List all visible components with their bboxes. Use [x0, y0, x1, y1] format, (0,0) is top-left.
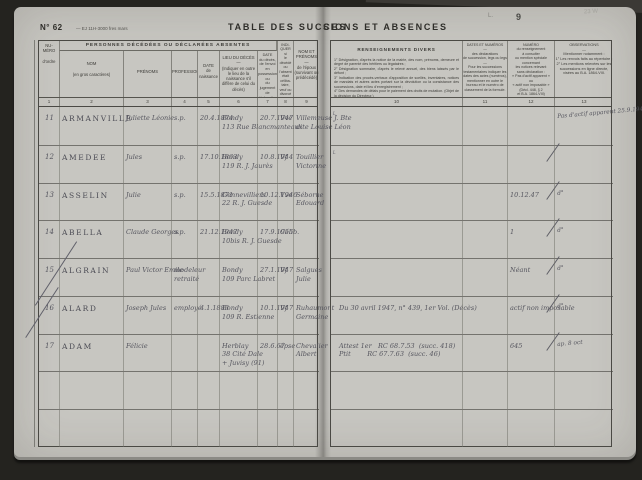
right-table-body: L Pas d'actif apparent 25.9.1947 L — [331, 107, 611, 447]
cell-date-deces: 17.9.1955 — [257, 221, 277, 258]
cell-numero — [39, 410, 59, 447]
cell-date-naissance — [197, 372, 219, 409]
col-number: 2 — [59, 98, 123, 106]
cell-etat — [277, 410, 293, 447]
cell-observations: d° — [554, 297, 613, 334]
cell-epoux: Séborne Edouard — [293, 184, 319, 221]
cell-date-deces: 10.1.1947 — [257, 297, 277, 334]
cell-renseignements: Du 30 avril 1947, n° 439, 1er Vol. (Décè… — [331, 297, 462, 334]
cell-date-deces: 27.1.1947 — [257, 259, 277, 296]
left-table-deceased-persons: PERSONNES DÉCÉDÉES OU DÉCLARÉES ABSENTES… — [38, 40, 318, 447]
cell-date-deces — [257, 410, 277, 447]
cell-numero: 17 — [39, 335, 59, 372]
cell-lieu-deces: Bondy 10bis R. J. Guesde — [219, 221, 257, 258]
col-number: 6 — [219, 98, 257, 106]
cell-prenoms: Juliette Léonie — [123, 107, 171, 145]
cell-etat: Vf — [277, 259, 293, 296]
cell-dates-declarations — [462, 221, 507, 258]
col-number: 3 — [123, 98, 171, 106]
stamp-mark: L. — [488, 13, 493, 19]
margin-rule-line — [34, 40, 35, 447]
cell-renseignements — [331, 184, 462, 221]
cell-numero-renseignement: Néant — [507, 259, 554, 296]
cell-renseignements: Attest 1er RC 68.7.53 (succ. 418) Ptit R… — [331, 335, 462, 372]
cell-date-naissance — [197, 410, 219, 447]
cell-date-deces: 28.6.67 — [257, 335, 277, 372]
form-number: N° 62 — [40, 23, 63, 32]
cell-profession: s.p. — [171, 107, 197, 145]
table-row: 1 d° — [331, 220, 613, 258]
cell-date-deces: 10.8.1944 — [257, 146, 277, 183]
table-row: 14 ABELLA Claude Georges s.p. 21.12.1947… — [39, 220, 319, 258]
cell-numero: 11 — [39, 107, 59, 145]
col-header-etat-matrimonial: INDI- QUER si le décédé ou l'absent étai… — [277, 41, 293, 97]
cell-prenoms: Julie — [123, 184, 171, 221]
table-row — [39, 371, 319, 409]
cell-nom: ALGRAIN — [59, 259, 123, 296]
cell-prenoms — [123, 410, 171, 447]
cell-profession: employé — [171, 297, 197, 334]
cell-numero-renseignement — [507, 107, 554, 145]
cell-numero-renseignement: 1 — [507, 221, 554, 258]
col-header-nom: NOM (en gros caractères) — [59, 51, 123, 97]
cell-observations: ap. 8 oct — [554, 335, 613, 372]
table-row: 11 ARMANVILLE Juliette Léonie s.p. 20.4.… — [39, 107, 319, 145]
cell-date-deces: 20.7.1947 — [257, 107, 277, 145]
margin-tick: L — [333, 150, 336, 156]
cell-etat: Célib. — [277, 221, 293, 258]
table-row: L — [331, 145, 613, 183]
cell-dates-declarations — [462, 410, 507, 447]
table-row — [331, 371, 613, 409]
cell-dates-declarations — [462, 297, 507, 334]
cell-epoux — [293, 410, 319, 447]
cell-epoux: Salgues Julie — [293, 259, 319, 296]
col-header-lieu-deces: LIEU DU DÉCÈS — (Indiquer en outre le li… — [219, 51, 257, 97]
cell-prenoms — [123, 372, 171, 409]
margin-tick: L — [333, 111, 336, 117]
table-row: 10.12.47 d° — [331, 183, 613, 221]
cell-date-naissance: 20.4.1874 — [197, 107, 219, 145]
cell-prenoms: Joseph Jules — [123, 297, 171, 334]
col-header-renseignements-title: RENSEIGNEMENTS DIVERS — [334, 47, 459, 53]
cell-renseignements — [331, 259, 462, 296]
cell-nom: ARMANVILLE — [59, 107, 123, 145]
col-number: 9 — [293, 98, 319, 106]
cell-epoux — [293, 221, 319, 258]
col-number: 11 — [462, 98, 507, 106]
cell-dates-declarations — [462, 335, 507, 372]
cell-numero-renseignement — [507, 410, 554, 447]
cell-etat: Vve — [277, 107, 293, 145]
cell-etat: épse — [277, 335, 293, 372]
right-table-renseignements: RENSEIGNEMENTS DIVERS 1° Désignation, d'… — [330, 40, 612, 447]
cell-profession — [171, 410, 197, 447]
col-number: 12 — [507, 98, 554, 106]
cell-lieu-deces: Bondy 119 R. J. Jaurès — [219, 146, 257, 183]
table-row — [39, 409, 319, 447]
cell-date-deces: 10.12.1946 — [257, 184, 277, 221]
cell-observations: d° — [554, 221, 613, 258]
cell-date-deces — [257, 372, 277, 409]
cell-renseignements — [331, 221, 462, 258]
col-header-epoux: NOM ET PRÉNOMS — de l'époux (survivant o… — [293, 41, 319, 97]
cell-numero — [39, 372, 59, 409]
cell-etat: Vve — [277, 184, 293, 221]
page-title-right: SIONS ET ABSENCES — [323, 22, 448, 32]
form-reference: — EJ 11H-3000 fres mars — [76, 26, 128, 31]
cell-date-naissance: 17.10.1863 — [197, 146, 219, 183]
cell-date-naissance: 21.12.1947 — [197, 221, 219, 258]
cell-observations — [554, 146, 613, 183]
cell-dates-declarations — [462, 184, 507, 221]
cell-date-naissance: 15.5.1871 — [197, 184, 219, 221]
cell-lieu-deces: Gennevilliers 22 R. J. Guesde — [219, 184, 257, 221]
cell-renseignements: L — [331, 146, 462, 183]
col-number: 10 — [331, 98, 462, 106]
col-header-numero: NU- MÉRO d'ordre — [39, 41, 59, 97]
col-number: 4 — [171, 98, 197, 106]
cell-profession: modeleur retraité — [171, 259, 197, 296]
group-header-persons: PERSONNES DÉCÉDÉES OU DÉCLARÉES ABSENTES — [59, 41, 277, 51]
col-number: 13 — [554, 98, 613, 106]
cell-etat: Vf — [277, 146, 293, 183]
right-table-header: RENSEIGNEMENTS DIVERS 1° Désignation, d'… — [331, 41, 611, 98]
cell-observations: d° — [554, 259, 613, 296]
table-row: 12 AMEDEE Jules s.p. 17.10.1863 Bondy 11… — [39, 145, 319, 183]
cell-dates-declarations — [462, 146, 507, 183]
cell-numero: 12 — [39, 146, 59, 183]
col-header-observations: OBSERVATIONS — Mentionner notamment : 1°… — [554, 41, 613, 97]
cell-epoux — [293, 372, 319, 409]
table-row: Néant d° — [331, 258, 613, 296]
cell-profession — [171, 335, 197, 372]
cell-dates-declarations — [462, 259, 507, 296]
col-header-dates-numeros: DATES ET NUMÉROS — des déclarations de s… — [462, 41, 507, 97]
left-column-numbers: 1 2 3 4 5 6 7 8 9 — [39, 98, 317, 107]
cell-renseignements — [331, 410, 462, 447]
col-number: 8 — [277, 98, 293, 106]
table-row: 15 ALGRAIN Paul Victor Emile modeleur re… — [39, 258, 319, 296]
col-number: 7 — [257, 98, 277, 106]
left-table-body: 11 ARMANVILLE Juliette Léonie s.p. 20.4.… — [39, 107, 317, 447]
cell-prenoms: Félicie — [123, 335, 171, 372]
table-row — [331, 409, 613, 447]
table-row: 16 ALARD Joseph Jules employé 4.1.1883 B… — [39, 296, 319, 334]
cell-lieu-deces — [219, 372, 257, 409]
col-header-profession: PROFESSION — [171, 51, 197, 97]
cell-nom — [59, 372, 123, 409]
left-table-header: PERSONNES DÉCÉDÉES OU DÉCLARÉES ABSENTES… — [39, 41, 317, 98]
cell-date-naissance — [197, 335, 219, 372]
cell-numero-renseignement: 10.12.47 — [507, 184, 554, 221]
cell-lieu-deces: Herblay 38 Cité Dale + Juvisy (91) — [219, 335, 257, 372]
col-header-numero-renseignement: NUMÉRO du renseignement à consulter ou m… — [507, 41, 554, 97]
cell-profession: s.p. — [171, 184, 197, 221]
cell-observations — [554, 372, 613, 409]
col-number: 1 — [39, 98, 59, 106]
cell-numero-renseignement — [507, 372, 554, 409]
cell-numero-renseignement — [507, 146, 554, 183]
cell-epoux: Villemeuse J. Bte dite Louise Léon — [293, 107, 319, 145]
table-row: Du 30 avril 1947, n° 439, 1er Vol. (Décè… — [331, 296, 613, 334]
cell-observations: Pas d'actif apparent 25.9.1947 — [554, 107, 613, 145]
col-header-date-naissance: DATE de naissance — [197, 51, 219, 97]
cell-nom — [59, 410, 123, 447]
cell-date-naissance: 4.1.1883 — [197, 297, 219, 334]
cell-profession: s.p. — [171, 221, 197, 258]
cell-lieu-deces: Bondy 109 Parc Labret — [219, 259, 257, 296]
col-header-prenoms: PRÉNOMS — [123, 51, 171, 97]
col-number: 5 — [197, 98, 219, 106]
cell-etat: Vf — [277, 297, 293, 334]
cell-renseignements: L — [331, 107, 462, 145]
cell-nom: ASSELIN — [59, 184, 123, 221]
cell-profession — [171, 372, 197, 409]
cell-observations: d° — [554, 184, 613, 221]
cell-prenoms: Jules — [123, 146, 171, 183]
cell-date-naissance — [197, 259, 219, 296]
cell-numero-renseignement: actif non imposable — [507, 297, 554, 334]
cell-lieu-deces: Bondy 113 Rue Blancmanteaux — [219, 107, 257, 145]
register-page: N° 62 — EJ 11H-3000 fres mars TABLE DES … — [14, 7, 636, 457]
cell-epoux: Chevalier Albert — [293, 335, 319, 372]
col-header-renseignements-body: 1° Désignation, d'après la notice de la … — [334, 58, 459, 97]
cell-renseignements — [331, 372, 462, 409]
cell-dates-declarations — [462, 372, 507, 409]
cell-numero: 13 — [39, 184, 59, 221]
cell-dates-declarations — [462, 107, 507, 145]
right-column-numbers: 10 11 12 13 — [331, 98, 611, 107]
table-row: Attest 1er RC 68.7.53 (succ. 418) Ptit R… — [331, 334, 613, 372]
cell-nom: ALARD — [59, 297, 123, 334]
cell-prenoms: Paul Victor Emile — [123, 259, 171, 296]
cell-etat — [277, 372, 293, 409]
cell-prenoms: Claude Georges — [123, 221, 171, 258]
cell-observations — [554, 410, 613, 447]
table-row: 13 ASSELIN Julie s.p. 15.5.1871 Gennevil… — [39, 183, 319, 221]
cell-epoux: Touillier Victorine — [293, 146, 319, 183]
cell-nom: AMEDEE — [59, 146, 123, 183]
cell-lieu-deces: Bondy 109 R. Estienne — [219, 297, 257, 334]
scanned-register-document: N° 62 — EJ 11H-3000 fres mars TABLE DES … — [0, 0, 642, 480]
table-row: L Pas d'actif apparent 25.9.1947 — [331, 107, 613, 145]
cell-lieu-deces — [219, 410, 257, 447]
cell-numero: 14 — [39, 221, 59, 258]
table-row: 17 ADAM Félicie Herblay 38 Cité Dale + J… — [39, 334, 319, 372]
cell-epoux: Ruhaumont Germaine — [293, 297, 319, 334]
cell-nom: ADAM — [59, 335, 123, 372]
col-header-date-deces: DATE du décès, de l'envoi en possession … — [257, 51, 277, 97]
cell-numero-renseignement: 645 — [507, 335, 554, 372]
cell-profession: s.p. — [171, 146, 197, 183]
pencil-annotation: 23 W — [584, 9, 598, 16]
stamp-number: 9 — [516, 12, 521, 22]
